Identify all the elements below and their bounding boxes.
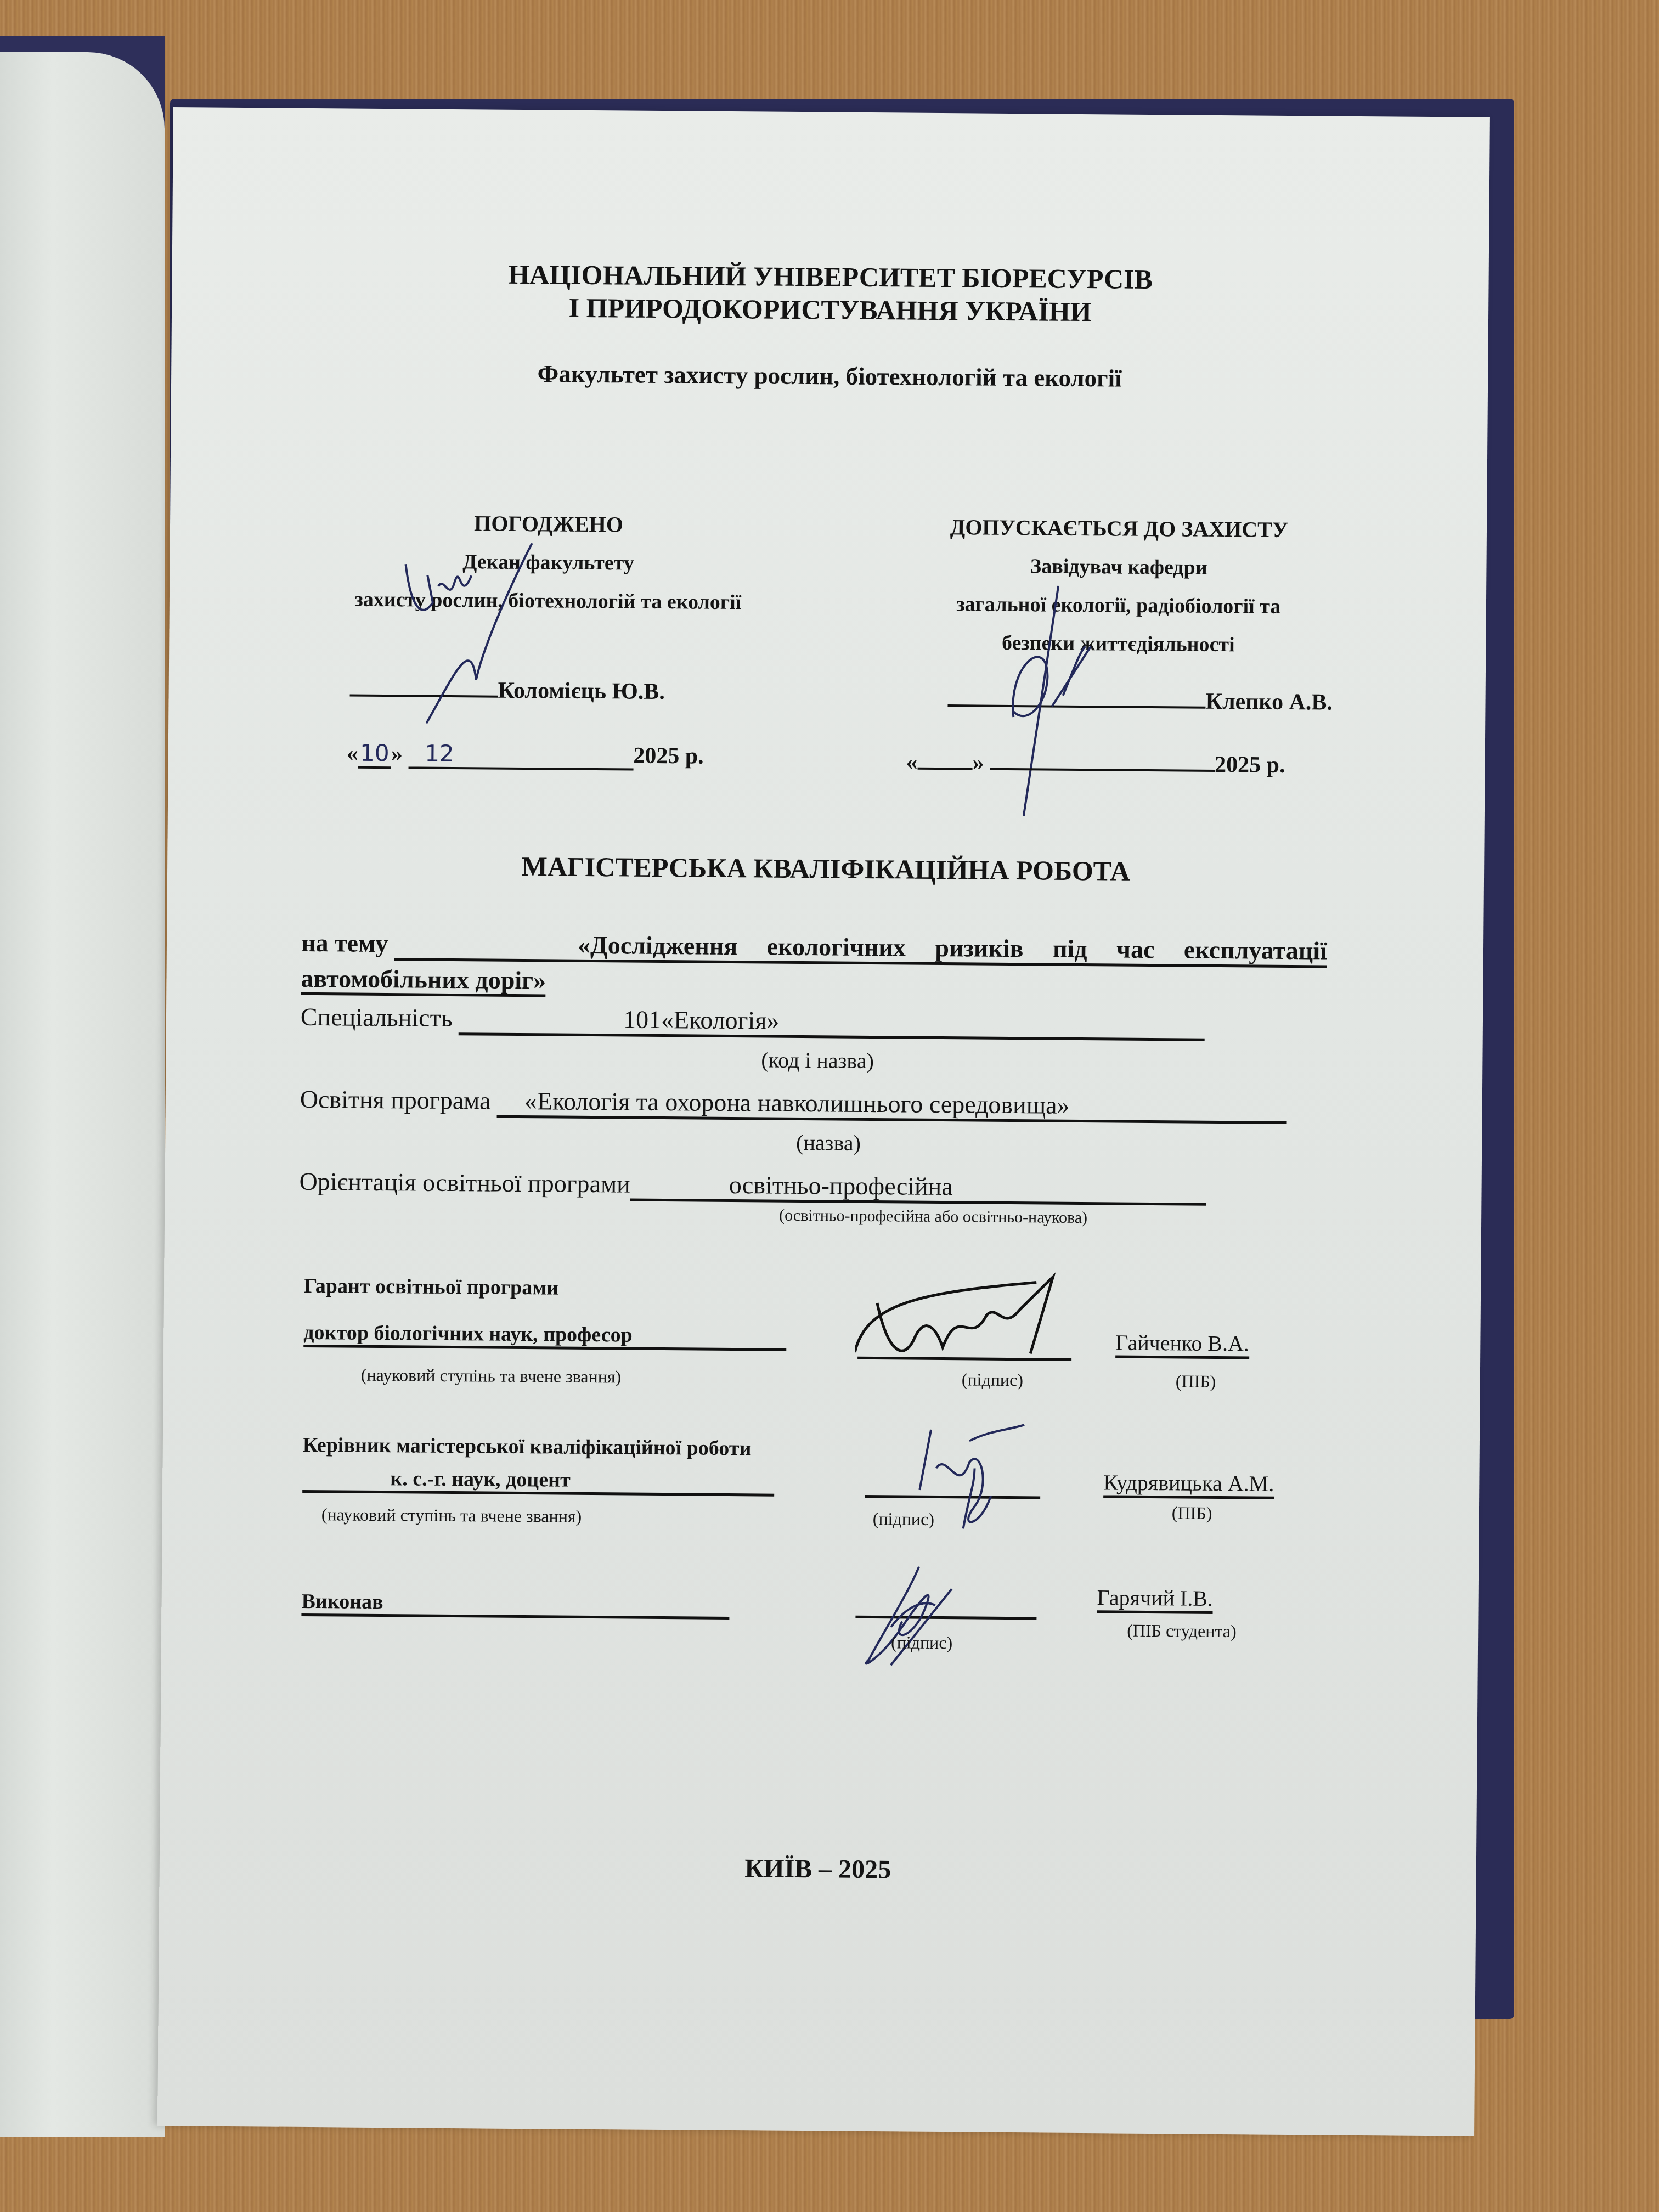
head-date-row: «» 2025 р.	[906, 749, 1285, 778]
title-page: НАЦІОНАЛЬНИЙ УНІВЕРСИТЕТ БІОРЕСУРСІВ І П…	[157, 107, 1490, 2136]
approval-heading: ПОГОДЖЕНО	[252, 503, 845, 545]
program-row: Освітня програма «Екологія та охорона на…	[300, 1085, 1373, 1125]
orientation-value: освітньо-професійна	[630, 1170, 1206, 1206]
topic-value-line2: автомобільних доріг»	[301, 964, 546, 997]
head-signature	[991, 585, 1157, 817]
performer-name-caption: (ПІБ студента)	[1127, 1621, 1237, 1642]
date-month	[990, 768, 1215, 772]
university-name: НАЦІОНАЛЬНИЙ УНІВЕРСИТЕТ БІОРЕСУРСІВ І П…	[172, 255, 1489, 331]
previous-page-curl	[0, 52, 165, 2137]
date-day: 10	[358, 740, 391, 769]
guarantor-name: Гайченко В.А.	[1115, 1330, 1249, 1359]
dean-date-row: «10» 122025 р.	[347, 740, 704, 771]
topic-label: на тему	[301, 929, 388, 957]
orientation-row: Орієнтація освітньої програмиосвітньо-пр…	[299, 1167, 1372, 1207]
date-month: 12	[408, 740, 633, 770]
performer-signature-caption: (підпис)	[891, 1632, 952, 1653]
specialty-caption: (код і назва)	[761, 1047, 874, 1074]
supervisor-signature-caption: (підпис)	[873, 1509, 934, 1530]
orientation-label: Орієнтація освітньої програми	[299, 1167, 630, 1198]
guarantor-degree: доктор біологічних наук, професор	[303, 1321, 786, 1351]
specialty-row: Спеціальність 101«Екологія»	[301, 1002, 1373, 1042]
orientation-caption: (освітньо-професійна або освітньо-науков…	[779, 1206, 1087, 1227]
topic-row-2: автомобільних доріг»	[301, 964, 1373, 1001]
supervisor-degree: к. с.-г. наук, доцент	[302, 1466, 774, 1497]
guarantor-signature	[855, 1270, 1119, 1382]
guarantor-name-caption: (ПІБ)	[1176, 1371, 1216, 1392]
supervisor-degree-caption: (науковий ступінь та вчене звання)	[321, 1504, 582, 1527]
date-year: 2025 р.	[1215, 752, 1285, 778]
performer-name: Гарячий І.В.	[1097, 1584, 1213, 1614]
specialty-label: Спеціальність	[301, 1003, 453, 1032]
specialty-value: 101«Екологія»	[459, 1003, 1205, 1041]
approval-heading: ДОПУСКАЄТЬСЯ ДО ЗАХИСТУ	[817, 507, 1421, 550]
supervisor-role: Керівник магістерської кваліфікаційної р…	[303, 1433, 752, 1460]
guarantor-signature-caption: (підпис)	[962, 1369, 1023, 1390]
topic-row: на тему «Дослідження екологічних ризиків…	[301, 928, 1374, 968]
program-caption: (назва)	[796, 1130, 861, 1156]
date-day	[918, 768, 973, 770]
dean-signature	[393, 542, 571, 725]
document-title: МАГІСТЕРСЬКА КВАЛІФІКАЦІЙНА РОБОТА	[167, 848, 1484, 890]
approval-position: Завідувач кафедри	[817, 545, 1421, 589]
supervisor-signature	[914, 1419, 1058, 1541]
faculty-name: Факультет захисту рослин, біотехнологій …	[171, 357, 1488, 396]
topic-value-line1: «Дослідження екологічних ризиків під час…	[394, 929, 1327, 968]
program-label: Освітня програма	[300, 1085, 491, 1115]
city-year: КИЇВ – 2025	[160, 1849, 1476, 1889]
head-name: Клепко А.В.	[1205, 689, 1333, 715]
program-value: «Екологія та охорона навколишнього серед…	[497, 1086, 1287, 1124]
date-year: 2025 р.	[633, 743, 704, 769]
guarantor-degree-caption: (науковий ступінь та вчене звання)	[361, 1365, 622, 1387]
performer-role: Виконав	[301, 1589, 729, 1620]
guarantor-role: Гарант освітньої програми	[304, 1274, 558, 1300]
performer-signature	[858, 1561, 996, 1672]
supervisor-name: Кудрявицька А.М.	[1103, 1469, 1274, 1499]
supervisor-name-caption: (ПІБ)	[1172, 1503, 1212, 1523]
